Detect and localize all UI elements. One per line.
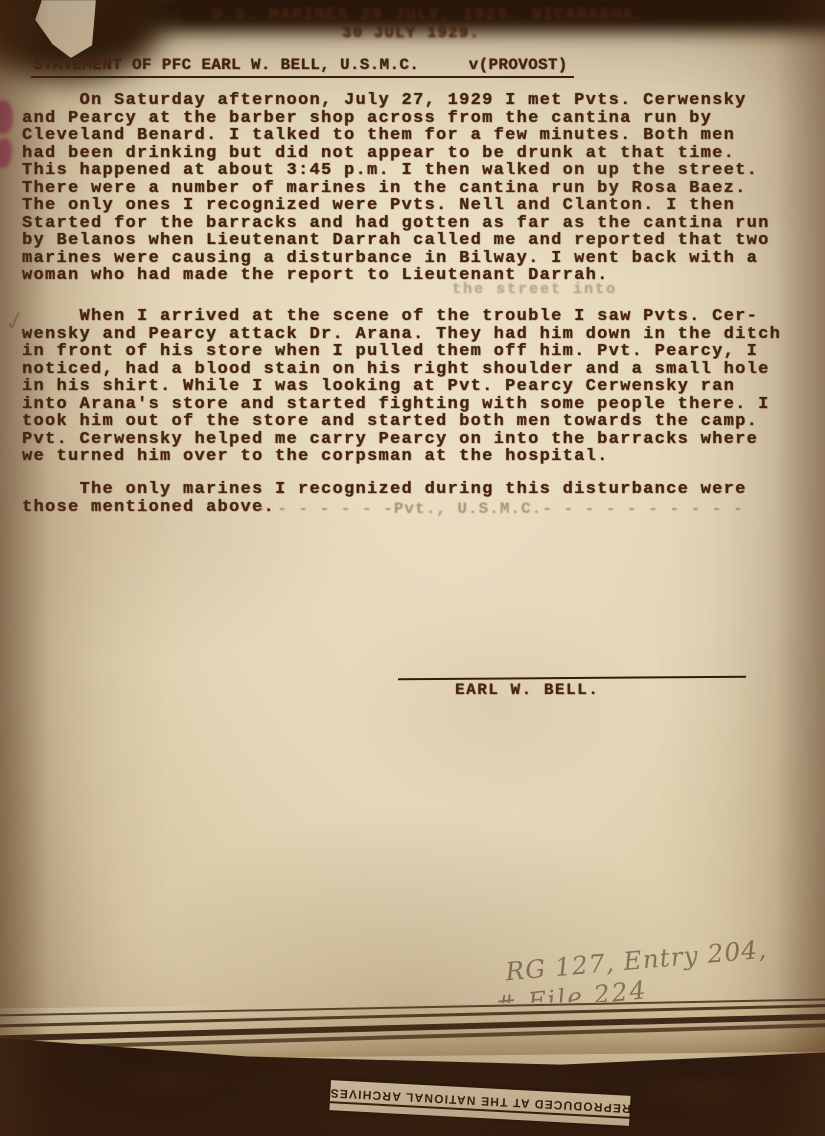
red-margin-stamp-lower [0, 138, 12, 168]
header-dateline: U.S. MARINES 28 JULY, 1929. NICARAGUA. [212, 6, 772, 25]
header-date: 30 JULY 1929. [342, 24, 480, 42]
faded-typed-tail: - - - - - - -Pvt., U.S.M.C.- - - - - - -… [256, 500, 744, 518]
scanned-document-page: U.S. MARINES 28 JULY, 1929. NICARAGUA. 3… [0, 0, 825, 1136]
statement-paragraph-1: On Saturday afternoon, July 27, 1929 I m… [22, 92, 802, 285]
statement-paragraph-2: When I arrived at the scene of the troub… [22, 308, 802, 466]
red-margin-stamp [0, 100, 13, 134]
statement-title: STATEMENT OF PFC EARL W. BELL, U.S.M.C. … [31, 56, 574, 78]
signature-rule [398, 676, 746, 680]
signature-name: EARL W. BELL. [455, 681, 599, 699]
bleed-through-text: the street into [452, 281, 617, 298]
